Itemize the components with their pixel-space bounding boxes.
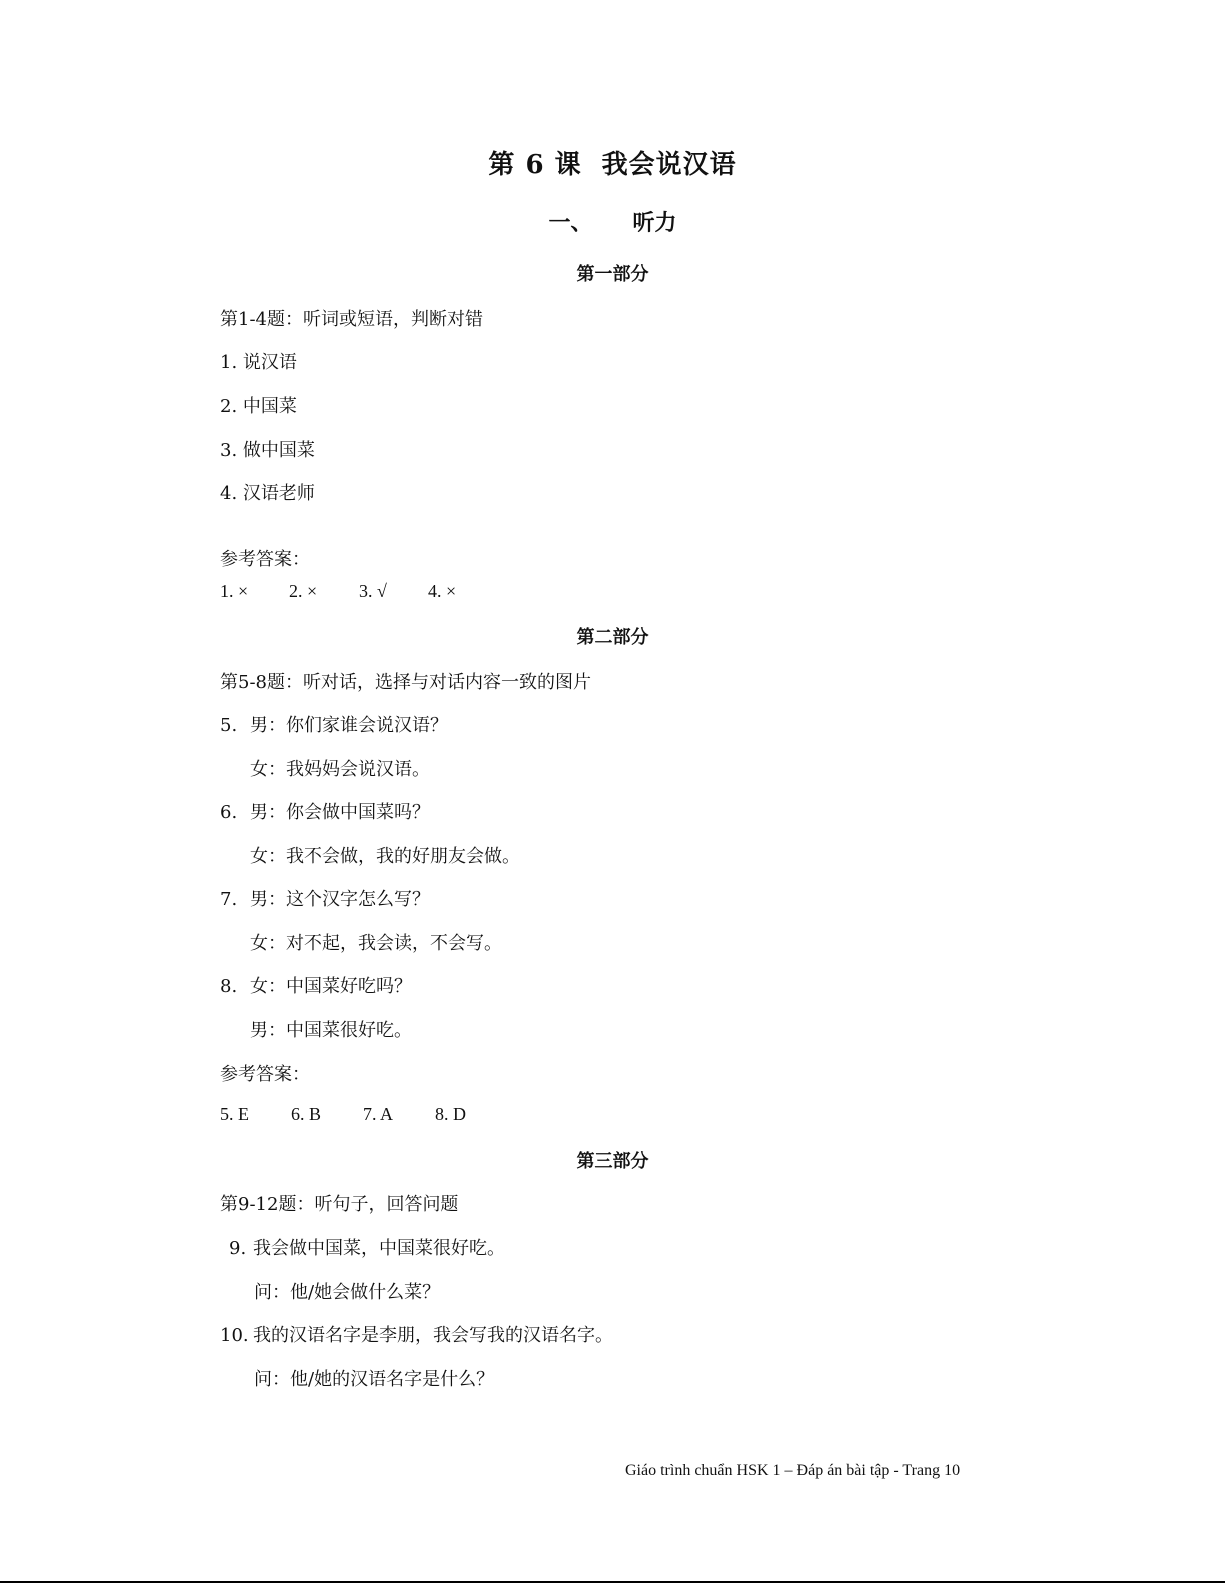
answer: 8. D xyxy=(435,1104,466,1125)
lesson-number: 第 6 课 xyxy=(488,150,581,180)
dialogue-line: 6.男：你会做中国菜吗？ xyxy=(220,798,430,824)
dialogue-line: 5.男：你们家谁会说汉语？ xyxy=(220,711,448,737)
dialogue-line: 女：我妈妈会说汉语。 xyxy=(250,755,430,781)
dialogue-line: 7.男：这个汉字怎么写？ xyxy=(220,885,430,911)
part3-sentence: 10.我的汉语名字是李朋，我会写我的汉语名字。 xyxy=(220,1321,613,1347)
part1-heading: 第一部分 xyxy=(0,260,1225,286)
part1-answers: 1. ×2. ×3. √4. × xyxy=(220,581,456,602)
dialogue-line: 女：对不起，我会读，不会写。 xyxy=(250,929,502,955)
answer: 4. × xyxy=(428,581,456,602)
dialogue-line: 男：中国菜很好吃。 xyxy=(250,1016,412,1042)
part3-heading: 第三部分 xyxy=(0,1147,1225,1173)
part1-item: 3. 做中国菜 xyxy=(220,436,315,462)
dialogue-line: 女：我不会做，我的好朋友会做。 xyxy=(250,842,520,868)
answer: 1. × xyxy=(220,581,289,602)
part2-answers: 5. E6. B7. A8. D xyxy=(220,1104,466,1125)
bottom-rule xyxy=(0,1581,1225,1583)
part2-heading: 第二部分 xyxy=(0,623,1225,649)
lesson-title: 第 6 课我会说汉语 xyxy=(0,144,1225,181)
part1-answer-label: 参考答案： xyxy=(220,545,310,571)
answer: 2. × xyxy=(289,581,359,602)
dialogue-line: 8.女：中国菜好吃吗？ xyxy=(220,972,412,998)
part3-question: 问：他/她会做什么菜？ xyxy=(254,1278,440,1304)
answer: 5. E xyxy=(220,1104,291,1125)
section-title: 听力 xyxy=(633,210,677,236)
answer: 6. B xyxy=(291,1104,363,1125)
part3-question: 问：他/她的汉语名字是什么？ xyxy=(254,1365,494,1391)
part3-instruction: 第9-12题：听句子，回答问题 xyxy=(220,1190,458,1216)
lesson-name: 我会说汉语 xyxy=(602,150,737,180)
part2-answer-label: 参考答案： xyxy=(220,1060,310,1086)
part2-instruction: 第5-8题：听对话，选择与对话内容一致的图片 xyxy=(220,668,591,694)
section-heading: 一、听力 xyxy=(0,206,1225,237)
section-number: 一、 xyxy=(548,210,592,236)
answer: 3. √ xyxy=(359,581,428,602)
part1-item: 2. 中国菜 xyxy=(220,392,297,418)
part1-item: 4. 汉语老师 xyxy=(220,479,315,505)
answer: 7. A xyxy=(363,1104,435,1125)
part1-instruction: 第1-4题：听词或短语，判断对错 xyxy=(220,305,483,331)
part1-item: 1. 说汉语 xyxy=(220,348,297,374)
page-footer: Giáo trình chuẩn HSK 1 – Đáp án bài tập … xyxy=(625,1462,960,1480)
part3-sentence: 9.我会做中国菜，中国菜很好吃。 xyxy=(229,1234,505,1260)
